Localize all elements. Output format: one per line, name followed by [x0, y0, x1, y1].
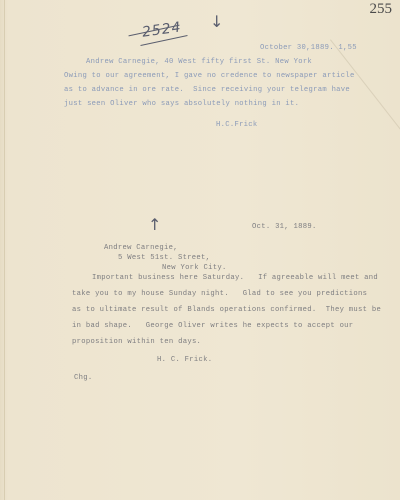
telegram-2-address-line: Andrew Carnegie, [104, 244, 178, 252]
page-edge [4, 0, 5, 500]
arrow-up-icon: ↑ [148, 215, 161, 234]
telegram-2-address-line: New York City. [162, 264, 227, 272]
telegram-1-dateline: October 30,1889. 1,55 [260, 44, 357, 52]
telegram-2-body-line: Important business here Saturday. If agr… [92, 274, 378, 282]
telegram-1-body-line: just seen Oliver who says absolutely not… [64, 100, 299, 108]
telegram-2-body-line: as to ultimate result of Blands operatio… [72, 306, 381, 314]
telegram-2-body-line: in bad shape. George Oliver writes he ex… [72, 322, 353, 330]
telegram-1-body-line: as to advance in ore rate. Since receivi… [64, 86, 350, 94]
telegram-1-body-line: Owing to our agreement, I gave no creden… [64, 72, 355, 80]
telegram-2-address-line: 5 West 51st. Street, [118, 254, 210, 262]
page-number: 255 [370, 1, 393, 18]
arrow-down-icon: ↓ [210, 12, 223, 31]
telegram-2-signature: H. C. Frick. [157, 356, 212, 364]
telegram-2-body-line: proposition within ten days. [72, 338, 201, 346]
telegram-2-body-line: take you to my house Sunday night. Glad … [72, 290, 367, 298]
telegram-2-charge-note: Chg. [74, 374, 92, 382]
telegram-1-address: Andrew Carnegie, 40 West fifty first St.… [86, 58, 312, 66]
telegram-1-signature: H.C.Frick [216, 121, 258, 129]
telegram-2-dateline: Oct. 31, 1889. [252, 223, 317, 231]
